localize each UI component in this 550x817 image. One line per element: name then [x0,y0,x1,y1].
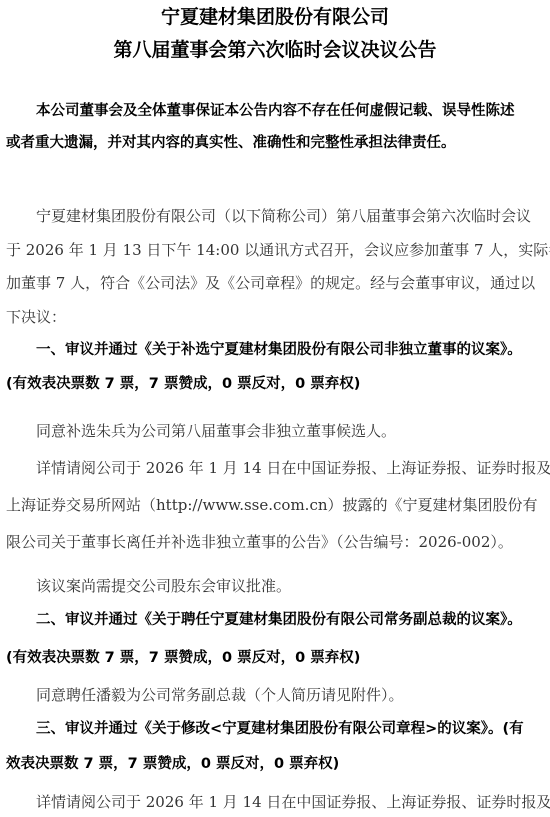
disclaimer-line-1: 本公司董事会及全体董事保证本公告内容不存在任何虚假记载、误导性陈述 [36,101,515,121]
intro-line-1: 宁夏建材集团股份有限公司（以下简称公司）第八届董事会第六次临时会议 [36,206,531,226]
intro-line-3: 加董事 7 人，符合《公司法》及《公司章程》的规定。经与会董事审议，通过以 [6,273,535,293]
resolution-3-heading: 三、审议并通过《关于修改<宁夏建材集团股份有限公司章程>的议案》。(有 [36,719,524,739]
resolution-1-body-4: 限公司关于董事长离任并补选非独立董事的公告》（公告编号：2026-002）。 [6,532,513,552]
company-title: 宁夏建材集团股份有限公司 [0,5,550,29]
resolution-2-body-1: 同意聘任潘毅为公司常务副总裁（个人简历请见附件）。 [36,685,404,705]
resolution-1-body-1: 同意补选朱兵为公司第八届董事会非独立董事候选人。 [36,421,396,441]
intro-line-4: 下决议： [6,307,66,327]
resolution-1-heading: 一、审议并通过《关于补选宁夏建材集团股份有限公司非独立董事的议案》。 [36,340,522,360]
resolution-1-body-3: 上海证券交易所网站（http://www.sse.com.cn）披露的《宁夏建材… [6,495,538,515]
resolution-3-body-1: 详情请阅公司于 2026 年 1 月 14 日在中国证券报、上海证券报、证券时报… [36,792,550,812]
intro-line-2: 于 2026 年 1 月 13 日下午 14:00 以通讯方式召开，会议应参加董… [6,240,550,260]
disclaimer-line-2: 或者重大遗漏，并对其内容的真实性、准确性和完整性承担法律责任。 [6,133,456,153]
resolution-1-body-5: 该议案尚需提交公司股东会审议批准。 [36,576,291,596]
announcement-title: 第八届董事会第六次临时会议决议公告 [0,38,550,62]
resolution-3-votes: 效表决票数 7 票，7 票赞成，0 票反对，0 票弃权) [6,754,339,774]
resolution-1-votes: (有效表决票数 7 票，7 票赞成，0 票反对，0 票弃权) [6,374,360,394]
resolution-2-heading: 二、审议并通过《关于聘任宁夏建材集团股份有限公司常务副总裁的议案》。 [36,610,522,630]
resolution-2-votes: (有效表决票数 7 票，7 票赞成，0 票反对，0 票弃权) [6,648,360,668]
resolution-1-body-2: 详情请阅公司于 2026 年 1 月 14 日在中国证券报、上海证券报、证券时报… [36,458,550,478]
